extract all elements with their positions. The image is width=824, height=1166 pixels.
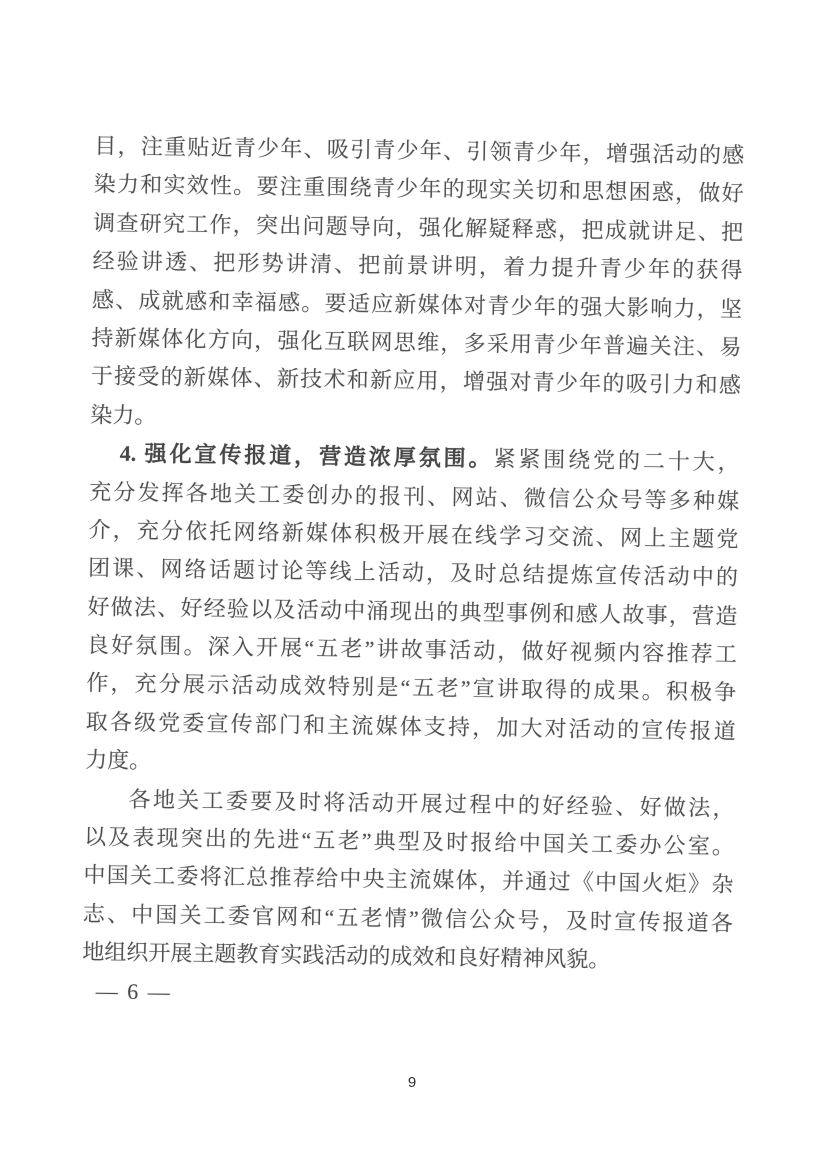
pdf-page-number: 9: [0, 1074, 824, 1091]
section-heading-rest: 紧紧围绕党的二十大，: [493, 446, 740, 475]
section-heading-bold: 4. 强化宣传报道，营造浓厚氛围。: [120, 441, 494, 472]
document-page: 目，注重贴近青少年、吸引青少年、引领青少年，增强活动的感 染力和实效性。要注重围…: [0, 0, 824, 1166]
body-text: 目，注重贴近青少年、吸引青少年、引领青少年，增强活动的感 染力和实效性。要注重围…: [81, 127, 744, 1020]
